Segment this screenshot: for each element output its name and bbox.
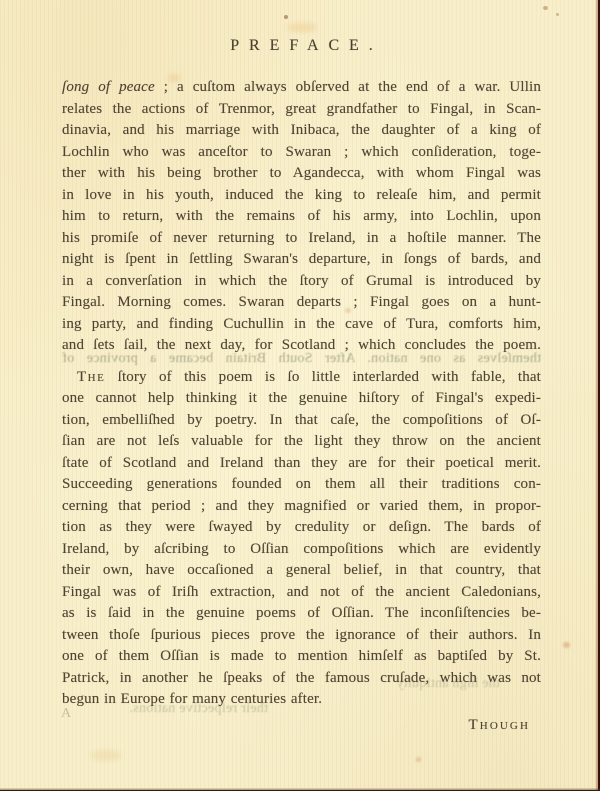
text-line: ſong of peace ; a cuſtom always obſerved… [62,77,541,99]
foxing-spot [90,750,122,761]
paragraph-1: ſong of peace ; a cuſtom always obſerved… [62,77,541,357]
foxing-spot [416,757,421,762]
text-block: ſong of peace ; a cuſtom always obſerved… [62,77,541,711]
text-line: dinavia, and his marriage with Inibaca, … [62,120,541,142]
text-line: night is ſpent in ſettling Swaran's depa… [62,249,541,271]
foxing-spot [168,74,180,82]
text-line: him to return, with the remains of his a… [62,206,541,228]
foxing-spot [563,642,570,648]
text-line: Fingal was of Iriſh extraction, and not … [62,582,541,604]
foxing-spot [556,13,559,16]
text-line: their own, have occaſioned a general bel… [62,560,541,582]
book-page-scan: themſelves as one nation. After South Br… [0,0,600,791]
text-line: Succeeding generations founded on them a… [62,474,541,496]
text-line: his promiſe of never returning to Irelan… [62,228,541,250]
text-line: Patrick, in another he ſpeaks of the fam… [62,668,541,690]
text-line: and ſets ſail, the next day, for Scotlan… [62,335,541,357]
smallcaps-lead: The [77,369,105,385]
foxing-spot [543,6,548,10]
text-line: tween thoſe ſpurious pieces prove the ig… [62,625,541,647]
paragraph-2: The ſtory of this poem is ſo little inte… [62,367,541,711]
text-line: relates the actions of Trenmor, great gr… [62,99,541,121]
line-text: ; a cuſtom always obſerved at the end of… [155,79,541,95]
text-line: ſian are not leſs valuable for the light… [62,431,541,453]
catchword: Though [469,717,530,734]
foxing-spot [288,23,316,32]
text-line: tion as they were ſwayed by credulity or… [62,517,541,539]
foxing-spot [345,308,351,313]
text-line: in love in his youth, induced the king t… [62,185,541,207]
text-line: The ſtory of this poem is ſo little inte… [62,367,541,389]
text-line: Fingal. Morning comes. Swaran departs ; … [62,292,541,314]
text-line: Lochlin who was anceſtor to Swaran ; whi… [62,142,541,164]
text-line: one of them Oſſian is made to mention hi… [62,646,541,668]
text-line: tion, embelliſhed by poetry. In that caſ… [62,410,541,432]
text-line: ing party, and finding Cuchullin in the … [62,314,541,336]
text-line: one cannot help thinking it the genuine … [62,388,541,410]
text-line: in a converſation in which the ſtory of … [62,271,541,293]
text-line: cerning that period ; and they magnified… [62,496,541,518]
italic-phrase: ſong of peace [62,79,155,95]
text-line: ſtate of Scotland and Ireland than they … [62,453,541,475]
text-line: ther with his being brother to Agandecca… [62,163,541,185]
text-line: begun in Europe for many centuries after… [62,689,541,711]
book-edge-right [595,0,600,791]
text-line: as is ſaid in the genuine poems of Oſſia… [62,603,541,625]
page-title: PREFACE. [62,37,541,55]
text-line: Ireland, by aſcribing to Oſſian compoſit… [62,539,541,561]
foxing-spot [284,15,288,19]
line-text: ſtory of this poem is ſo little interlar… [105,369,541,385]
signature-mark: A [61,706,71,722]
